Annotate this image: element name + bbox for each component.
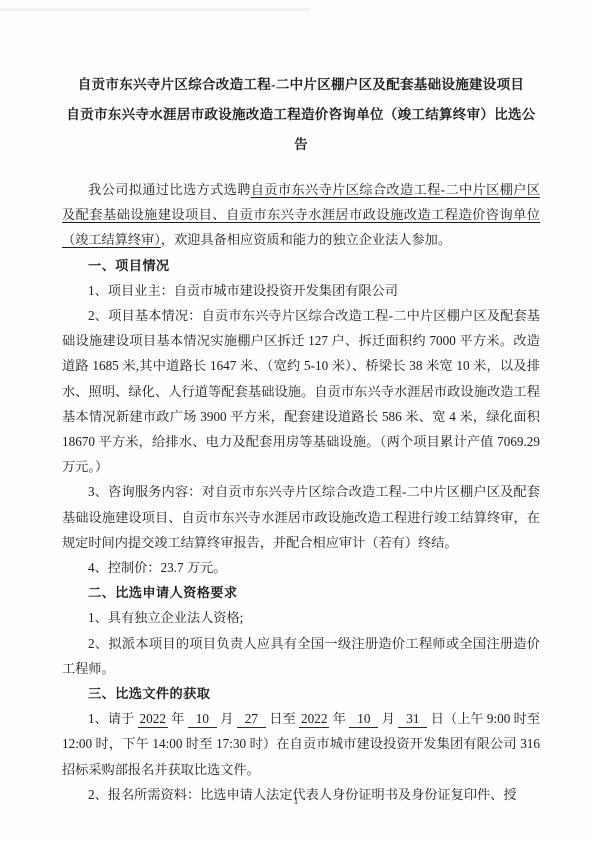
intro-paragraph: 我公司拟通过比选方式选聘自贡市东兴寺片区综合改造工程-二中片区棚户区及配套基础设… — [62, 177, 540, 253]
section1-item-owner: 1、项目业主：自贡市城市建设投资开发集团有限公司 — [62, 278, 540, 303]
schedule-day-start: 27 — [237, 711, 266, 728]
scan-edge-artifact — [0, 8, 310, 11]
intro-prefix: 我公司拟通过比选方式选聘 — [88, 182, 251, 197]
title-line-1: 自贡市东兴寺片区综合改造工程-二中片区棚户区及配套基础设施建设项目 — [62, 70, 540, 100]
section3-heading: 三、比选文件的获取 — [62, 681, 540, 706]
schedule-text-2: 年 — [168, 711, 188, 726]
schedule-text-5: 年 — [329, 711, 349, 726]
section1-item-control-price: 4、控制价：23.7 万元。 — [62, 555, 540, 580]
document-page: 自贡市东兴寺片区综合改造工程-二中片区棚户区及配套基础设施建设项目 自贡市东兴寺… — [0, 0, 592, 841]
document-content: 自贡市东兴寺片区综合改造工程-二中片区棚户区及配套基础设施建设项目 自贡市东兴寺… — [62, 70, 540, 807]
schedule-year-end: 2022 — [299, 711, 329, 728]
section1-item-basic-info: 2、项目基本情况：自贡市东兴寺片区综合改造工程-二中片区棚户区及配套基础设施建设… — [62, 303, 540, 479]
schedule-month-start: 10 — [188, 711, 217, 728]
schedule-text-6: 月 — [378, 711, 398, 726]
section1-item-service-content: 3、咨询服务内容：对自贡市东兴寺片区综合改造工程-二中片区棚户区及配套基础设施建… — [62, 479, 540, 555]
schedule-text-1: 1、请于 — [88, 711, 138, 726]
schedule-text-3: 月 — [217, 711, 237, 726]
section3-item-schedule: 1、请于 2022 年 10 月 27 日至 2022 年 10 月 31 日（… — [62, 706, 540, 782]
section2-item-legal-entity: 1、具有独立企业法人资格; — [62, 605, 540, 630]
section2-heading: 二、比选申请人资格要求 — [62, 580, 540, 605]
title-line-2: 自贡市东兴寺水涯居市政设施改造工程造价咨询单位（竣工结算终审）比选公告 — [62, 100, 540, 160]
intro-suffix: ，欢迎具备相应资质和能力的独立企业法人参加。 — [161, 232, 451, 247]
section2-item-project-manager: 2、拟派本项目的项目负责人应具有全国一级注册造价工程师或全国注册造价工程师。 — [62, 631, 540, 681]
schedule-year-start: 2022 — [138, 711, 168, 728]
document-title: 自贡市东兴寺片区综合改造工程-二中片区棚户区及配套基础设施建设项目 自贡市东兴寺… — [62, 70, 540, 160]
schedule-text-4: 日至 — [266, 711, 299, 726]
page-number: 1 — [0, 796, 592, 807]
section1-heading: 一、项目情况 — [62, 253, 540, 278]
schedule-month-end: 10 — [349, 711, 378, 728]
document-body: 我公司拟通过比选方式选聘自贡市东兴寺片区综合改造工程-二中片区棚户区及配套基础设… — [62, 177, 540, 807]
schedule-day-end: 31 — [398, 711, 427, 728]
